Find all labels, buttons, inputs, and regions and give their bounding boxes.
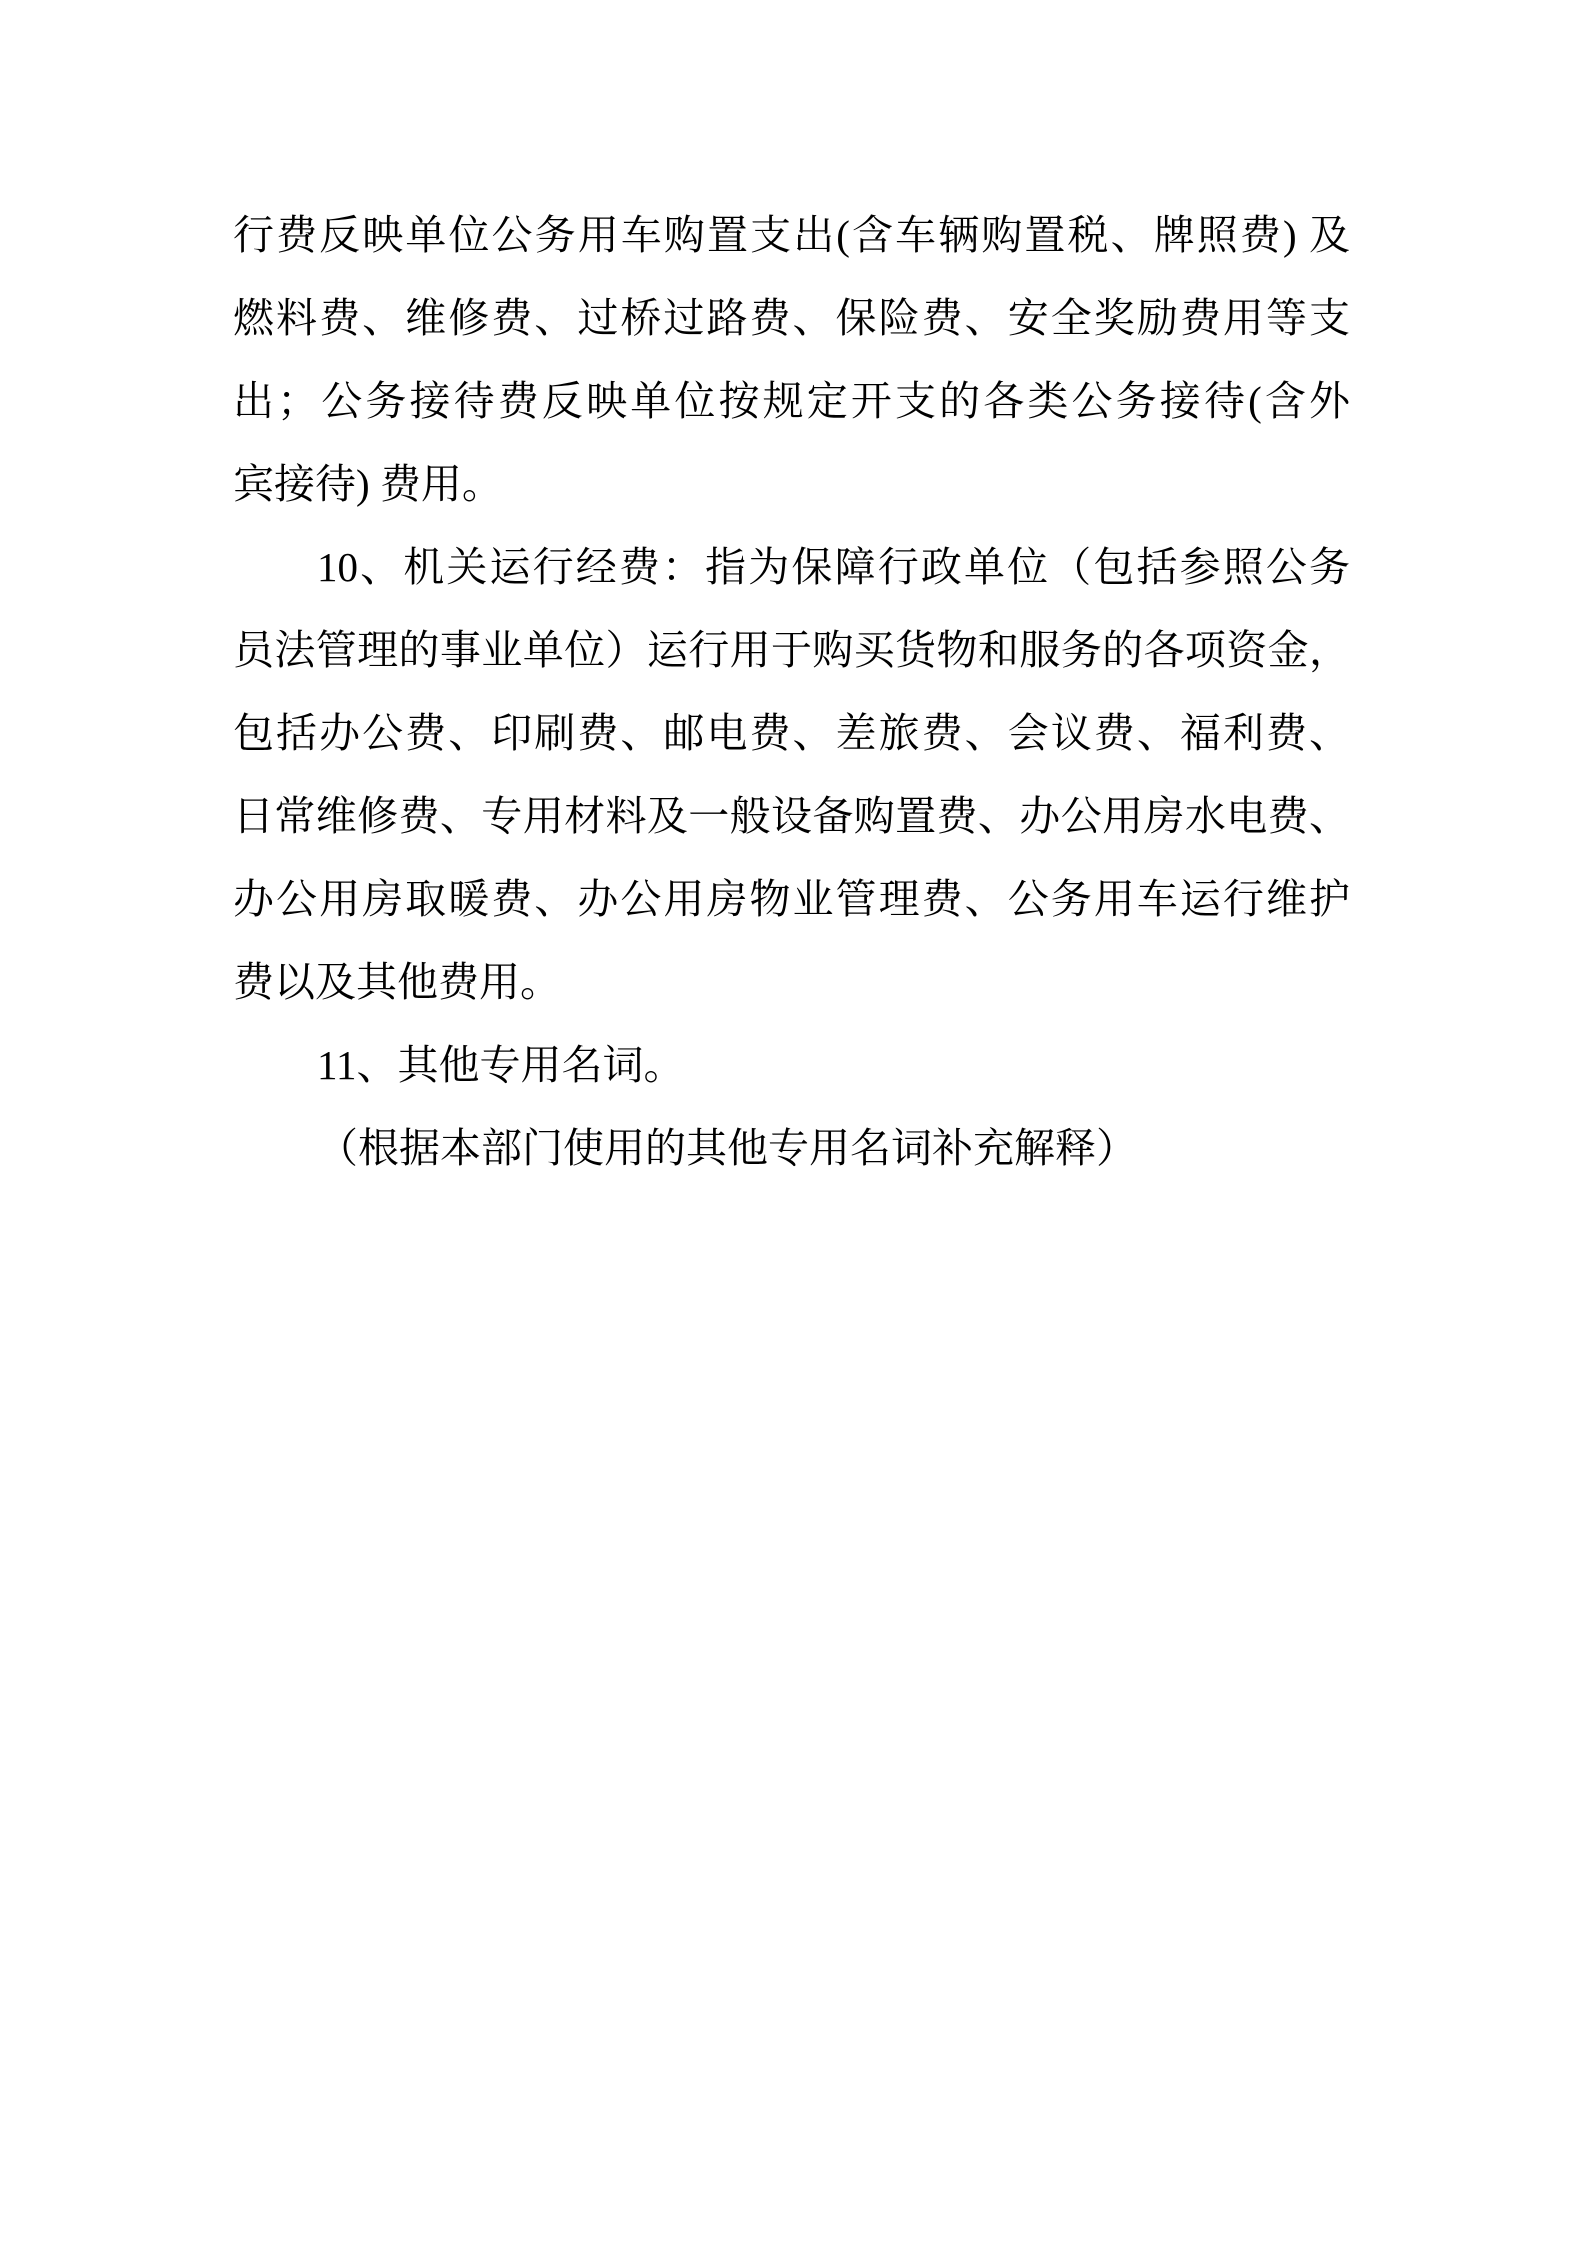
body-text-line: 10、机关运行经费：指为保障行政单位（包括参照公务 <box>233 526 1350 609</box>
paragraph-item-11: 11、其他专用名词。 <box>233 1024 1350 1107</box>
body-text-line: 包括办公费、印刷费、邮电费、差旅费、会议费、福利费、 <box>233 692 1350 775</box>
body-text-line: 日常维修费、专用材料及一般设备购置费、办公用房水电费、 <box>233 775 1350 858</box>
body-text-line: 11、其他专用名词。 <box>233 1024 1350 1107</box>
document-page: 行费反映单位公务用车购置支出(含车辆购置税、牌照费) 及 燃料费、维修费、过桥过… <box>0 0 1587 2245</box>
body-text-line: （根据本部门使用的其他专用名词补充解释） <box>233 1107 1350 1190</box>
paragraph-note: （根据本部门使用的其他专用名词补充解释） <box>233 1107 1350 1190</box>
body-text-line: 费以及其他费用。 <box>233 941 1350 1024</box>
body-text-line: 出；公务接待费反映单位按规定开支的各类公务接待(含外 <box>233 360 1350 443</box>
body-text-line: 员法管理的事业单位）运行用于购买货物和服务的各项资金， <box>233 609 1350 692</box>
paragraph-continuation: 行费反映单位公务用车购置支出(含车辆购置税、牌照费) 及 燃料费、维修费、过桥过… <box>233 194 1350 526</box>
body-text-line: 燃料费、维修费、过桥过路费、保险费、安全奖励费用等支 <box>233 277 1350 360</box>
body-text-line: 宾接待) 费用。 <box>233 443 1350 526</box>
paragraph-item-10: 10、机关运行经费：指为保障行政单位（包括参照公务 员法管理的事业单位）运行用于… <box>233 526 1350 1024</box>
document-body: 行费反映单位公务用车购置支出(含车辆购置税、牌照费) 及 燃料费、维修费、过桥过… <box>233 194 1350 1190</box>
body-text-line: 行费反映单位公务用车购置支出(含车辆购置税、牌照费) 及 <box>233 194 1350 277</box>
body-text-line: 办公用房取暖费、办公用房物业管理费、公务用车运行维护 <box>233 858 1350 941</box>
